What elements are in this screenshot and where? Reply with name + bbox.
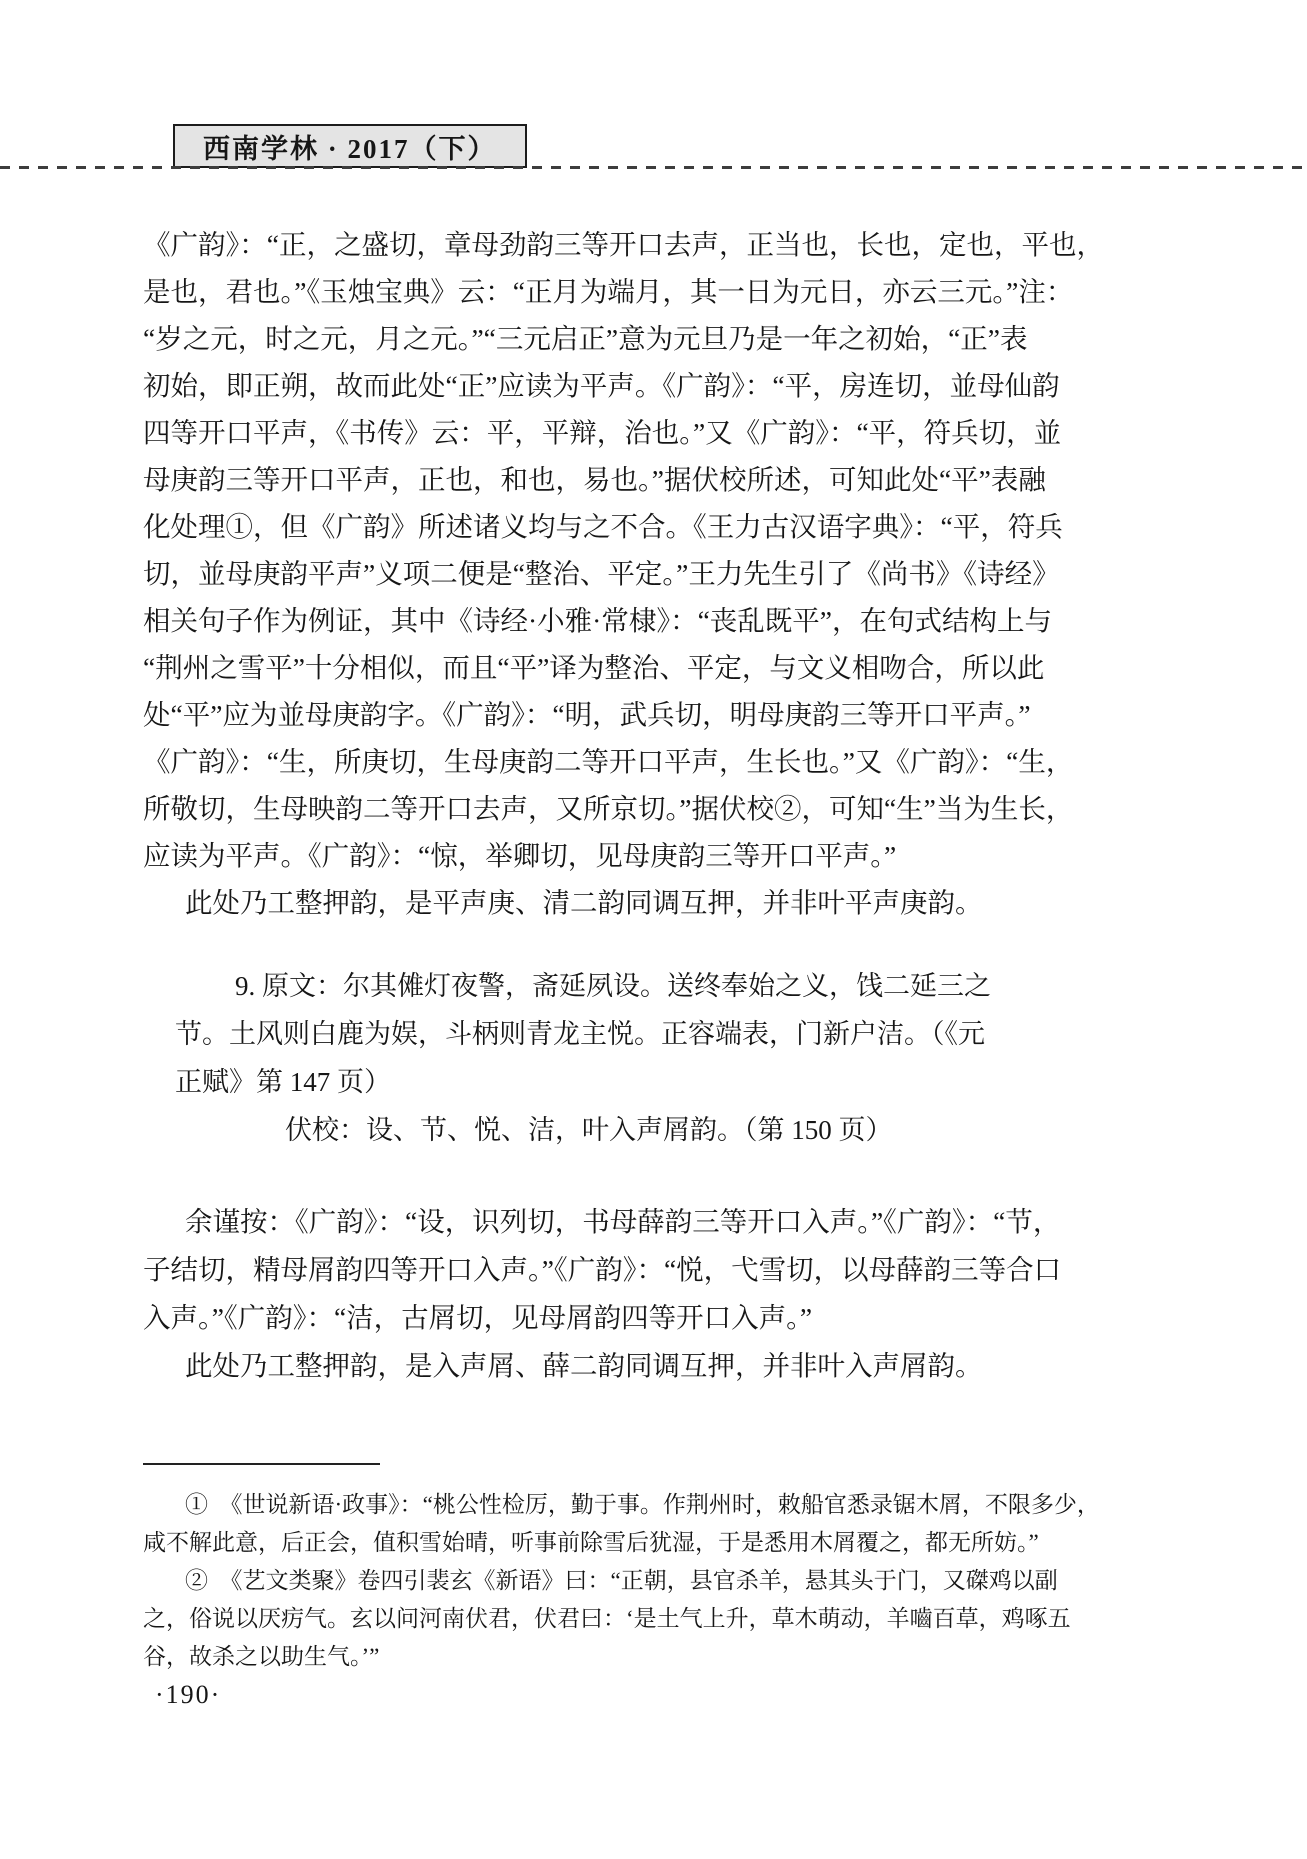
body-line: 余谨按：《广韵》：“设，识列切，书母薛韵三等开口入声。”《广韵》：“节，: [143, 1198, 1169, 1246]
footnotes-section: ① 《世说新语·政事》：“桃公性检厉，勤于事。作荆州时，敕船官悉录锯木屑，不限多…: [143, 1486, 1173, 1676]
paragraph-commentary: 余谨按：《广韵》：“设，识列切，书母薛韵三等开口入声。”《广韵》：“节， 子结切…: [143, 1198, 1169, 1390]
body-line: 应读为平声。《广韵》：“惊，举卿切，见母庚韵三等开口平声。”: [143, 832, 1169, 879]
body-line: 四等开口平声，《书传》云：平，平辩，治也。”又《广韵》：“平，符兵切，並: [143, 409, 1169, 456]
body-line: 母庚韵三等开口平声，正也，和也，易也。”据伏校所述，可知此处“平”表融: [143, 456, 1169, 503]
body-line: 处“平”应为並母庚韵字。《广韵》：“明，武兵切，明母庚韵三等开口平声。”: [143, 691, 1169, 738]
footnote-2-line: 谷，故杀之以助生气。’”: [143, 1638, 1173, 1676]
page-header-badge: 西南学林 · 2017（下）: [173, 124, 527, 168]
body-line-conclusion: 此处乃工整押韵，是入声屑、薛二韵同调互押，并非叶入声屑韵。: [143, 1342, 1169, 1390]
book-page: 西南学林 · 2017（下） 《广韵》：“正，之盛切，章母劲韵三等开口去声，正当…: [0, 0, 1307, 1859]
paragraph-guangyun-ping: 《广韵》：“正，之盛切，章母劲韵三等开口去声，正当也，长也，定也，平也， 是也，…: [143, 221, 1169, 926]
quotation-block-item9: 9. 原文：尔其傩灯夜警，斋延夙设。送终奉始之义，饯二延三之 节。土风则白鹿为娱…: [143, 962, 1169, 1154]
body-line: 切，並母庚韵平声”义项二便是“整治、平定。”王力先生引了《尚书》《诗经》: [143, 550, 1169, 597]
quote-line: 正赋》第 147 页）: [143, 1058, 1169, 1106]
page-number: ·190·: [155, 1680, 221, 1710]
footnote-2-line: ② 《艺文类聚》卷四引裴玄《新语》曰：“正朝，县官杀羊，悬其头于门，又磔鸡以副: [143, 1562, 1173, 1600]
body-line: 子结切，精母屑韵四等开口入声。”《广韵》：“悦，弋雪切，以母薛韵三等合口: [143, 1246, 1169, 1294]
quote-line: 节。土风则白鹿为娱，斗柄则青龙主悦。正容端表，门新户洁。（《元: [143, 1010, 1169, 1058]
footnote-1-line: 咸不解此意，后正会，值积雪始晴，听事前除雪后犹湿，于是悉用木屑覆之，都无所妨。”: [143, 1524, 1173, 1562]
body-line-conclusion: 此处乃工整押韵，是平声庚、清二韵同调互押，并非叶平声庚韵。: [143, 879, 1169, 926]
body-line: “荆州之雪平”十分相似，而且“平”译为整治、平定，与文义相吻合，所以此: [143, 644, 1169, 691]
footnote-2-line: 之，俗说以厌疠气。玄以问河南伏君，伏君曰：‘是土气上升，草木萌动，羊嚙百草，鸡啄…: [143, 1600, 1173, 1638]
header-dashed-divider: [0, 166, 1307, 169]
body-line: 相关句子作为例证，其中《诗经·小雅·常棣》：“丧乱既平”，在句式结构上与: [143, 597, 1169, 644]
quote-line-fuxiao: 伏校：设、节、悦、洁，叶入声屑韵。（第 150 页）: [143, 1106, 1169, 1154]
body-line: 入声。”《广韵》：“洁，古屑切，见母屑韵四等开口入声。”: [143, 1294, 1169, 1342]
body-line: 所敬切，生母映韵二等开口去声，又所京切。”据伏校②，可知“生”当为生长，: [143, 785, 1169, 832]
body-line: 《广韵》：“正，之盛切，章母劲韵三等开口去声，正当也，长也，定也，平也，: [143, 221, 1169, 268]
body-line: 《广韵》：“生，所庚切，生母庚韵二等开口平声，生长也。”又《广韵》：“生，: [143, 738, 1169, 785]
body-line: 化处理①，但《广韵》所述诸义均与之不合。《王力古汉语字典》：“平，符兵: [143, 503, 1169, 550]
journal-title: 西南学林 · 2017（下）: [203, 127, 497, 166]
footnote-separator-rule: [143, 1463, 380, 1465]
footnote-1-line: ① 《世说新语·政事》：“桃公性检厉，勤于事。作荆州时，敕船官悉录锯木屑，不限多…: [143, 1486, 1173, 1524]
quote-line: 9. 原文：尔其傩灯夜警，斋延夙设。送终奉始之义，饯二延三之: [143, 962, 1169, 1010]
body-line: 初始，即正朔，故而此处“正”应读为平声。《广韵》：“平，房连切，並母仙韵: [143, 362, 1169, 409]
body-line: “岁之元，时之元，月之元。”“三元启正”意为元旦乃是一年之初始，“正”表: [143, 315, 1169, 362]
body-line: 是也，君也。”《玉烛宝典》云：“正月为端月，其一日为元日，亦云三元。”注：: [143, 268, 1169, 315]
